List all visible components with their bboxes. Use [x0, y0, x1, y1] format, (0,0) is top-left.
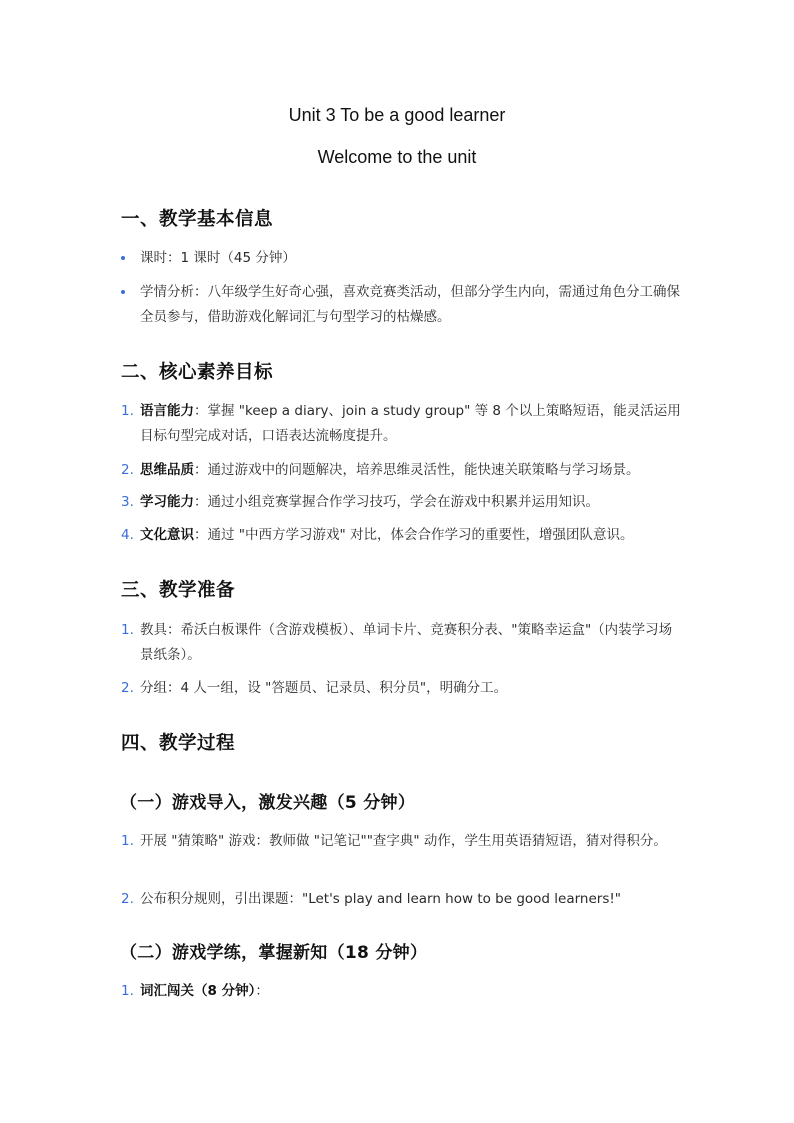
list-number: 3. — [121, 490, 134, 515]
list-number: 1. — [121, 829, 134, 854]
list-item-text: 学情分析：八年级学生好奇心强，喜欢竞赛类活动，但部分学生内向，需通过角色分工确保… — [121, 280, 681, 330]
list-item-label: 语言能力 — [140, 403, 194, 419]
document-title: Unit 3 To be a good learner — [0, 105, 794, 126]
list-item-label: 思维品质 — [140, 462, 194, 478]
list-item: 1. 教具：希沃白板课件（含游戏模板）、单词卡片、竞赛积分表、"策略幸运盒"（内… — [121, 618, 681, 668]
bullet-icon — [121, 256, 125, 260]
bullet-icon — [121, 290, 125, 294]
list-number: 2. — [121, 458, 134, 483]
list-item-label: 文化意识 — [140, 527, 194, 543]
list-number: 1. — [121, 618, 134, 643]
list-item-text: 开展 "猜策略" 游戏：教师做 "记笔记""查字典" 动作，学生用英语猜短语，猜… — [121, 829, 681, 854]
list-item-text: ：通过游戏中的问题解决，培养思维灵活性，能快速关联策略与学习场景。 — [194, 462, 640, 478]
list-item-text: 分组：4 人一组，设 "答题员、记录员、积分员"，明确分工。 — [121, 676, 681, 701]
list-number: 2. — [121, 887, 134, 912]
list-item-label: 学习能力 — [140, 494, 194, 510]
list-item-text: 课时：1 课时（45 分钟） — [121, 246, 681, 271]
list-item-label: 词汇闯关（8 分钟） — [140, 983, 255, 999]
list-item: 4. 文化意识：通过 "中西方学习游戏" 对比，体会合作学习的重要性，增强团队意… — [121, 523, 681, 548]
subsection-heading-game-intro: （一）游戏导入，激发兴趣（5 分钟） — [120, 788, 415, 813]
list-number: 1. — [121, 399, 134, 424]
list-item-text: ： — [255, 983, 269, 999]
list-item-text: ：通过小组竞赛掌握合作学习技巧，学会在游戏中积累并运用知识。 — [194, 494, 599, 510]
subsection-heading-game-practice: （二）游戏学练，掌握新知（18 分钟） — [120, 938, 427, 963]
section-heading-preparation: 三、教学准备 — [121, 576, 235, 602]
list-item: 课时：1 课时（45 分钟） — [121, 246, 681, 271]
list-item: 2. 公布积分规则，引出课题："Let's play and learn how… — [121, 887, 681, 912]
list-item: 2. 思维品质：通过游戏中的问题解决，培养思维灵活性，能快速关联策略与学习场景。 — [121, 458, 681, 483]
list-number: 2. — [121, 676, 134, 701]
section-heading-teaching-process: 四、教学过程 — [121, 729, 235, 755]
list-item: 1. 词汇闯关（8 分钟）： — [121, 979, 681, 1004]
list-item: 3. 学习能力：通过小组竞赛掌握合作学习技巧，学会在游戏中积累并运用知识。 — [121, 490, 681, 515]
list-item: 2. 分组：4 人一组，设 "答题员、记录员、积分员"，明确分工。 — [121, 676, 681, 701]
list-number: 4. — [121, 523, 134, 548]
list-item-text: ：通过 "中西方学习游戏" 对比，体会合作学习的重要性，增强团队意识。 — [194, 527, 634, 543]
list-item-text: 教具：希沃白板课件（含游戏模板）、单词卡片、竞赛积分表、"策略幸运盒"（内装学习… — [121, 618, 681, 668]
list-number: 1. — [121, 979, 134, 1004]
document-subtitle: Welcome to the unit — [0, 147, 794, 168]
list-item-text: ：掌握 "keep a diary、join a study group" 等 … — [140, 403, 681, 444]
list-item: 1. 开展 "猜策略" 游戏：教师做 "记笔记""查字典" 动作，学生用英语猜短… — [121, 829, 681, 854]
list-item-text: 公布积分规则，引出课题："Let's play and learn how to… — [121, 887, 681, 912]
list-item: 学情分析：八年级学生好奇心强，喜欢竞赛类活动，但部分学生内向，需通过角色分工确保… — [121, 280, 681, 330]
section-heading-basic-info: 一、教学基本信息 — [121, 205, 273, 231]
list-item: 1. 语言能力：掌握 "keep a diary、join a study gr… — [121, 399, 681, 449]
document-page: Unit 3 To be a good learner Welcome to t… — [0, 0, 794, 1123]
section-heading-core-goals: 二、核心素养目标 — [121, 358, 273, 384]
